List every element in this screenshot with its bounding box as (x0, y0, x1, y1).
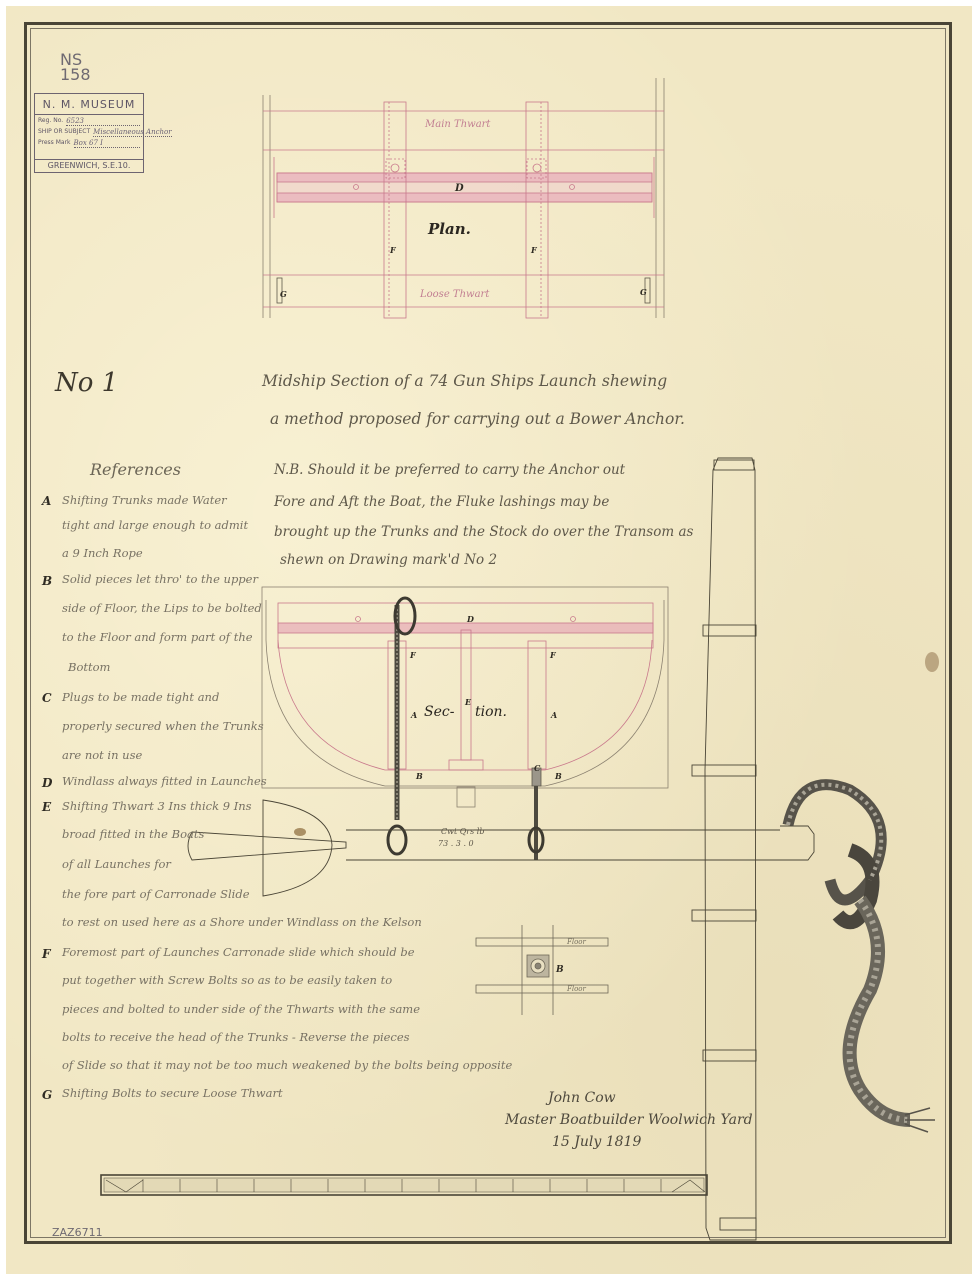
plan-label-d: D (454, 183, 464, 194)
plan-title: Plan. (427, 220, 471, 238)
ref-text: Foremost part of Launches Carronade slid… (62, 945, 415, 959)
section-title-part-a: Sec- (424, 704, 455, 720)
ref-letter-c: C (42, 691, 52, 705)
ink-stain (294, 828, 306, 836)
ref-text: the fore part of Carronade Slide (62, 887, 250, 901)
ref-text: side of Floor, the Lips to be bolted (62, 601, 262, 615)
ref-text: are not in use (62, 748, 142, 762)
ref-letter-g: G (42, 1088, 52, 1102)
plan-label-g-right: G (640, 287, 647, 297)
ref-text: of all Launches for (62, 857, 171, 871)
plan-view (263, 78, 664, 318)
ref-text: Plugs to be made tight and (62, 690, 219, 704)
plug-detail (476, 925, 608, 1015)
ref-text: to the Floor and form part of the (62, 630, 253, 644)
section-title-part-b: tion. (475, 704, 507, 720)
ref-text: put together with Screw Bolts so as to b… (62, 973, 392, 987)
note-line: Fore and Aft the Boat, the Fluke lashing… (274, 494, 609, 510)
ref-text: a 9 Inch Rope (62, 546, 143, 560)
ref-text: Shifting Bolts to secure Loose Thwart (62, 1086, 283, 1100)
section-label-e: E (464, 697, 472, 707)
detail-label-b: B (555, 965, 564, 975)
ref-text: Shifting Trunks made Water (62, 493, 227, 507)
references-heading: References (90, 460, 181, 479)
ref-text: Shifting Thwart 3 Ins thick 9 Ins (62, 799, 252, 813)
ref-text: broad fitted in the Boats (62, 827, 204, 841)
section-label-c: C (534, 763, 541, 773)
note-line: N.B. Should it be preferred to carry the… (274, 462, 625, 478)
ref-text: bolts to receive the head of the Trunks … (62, 1030, 410, 1044)
signature-date: 15 July 1819 (552, 1134, 641, 1150)
note-line: shewn on Drawing mark'd No 2 (280, 552, 497, 568)
section-label-f-left: F (409, 650, 417, 660)
ref-text: tight and large enough to admit (62, 518, 248, 532)
ref-text: Solid pieces let thro' to the upper (62, 572, 258, 586)
signature-title: Master Boatbuilder Woolwich Yard (505, 1112, 753, 1128)
plan-label-f-left: F (389, 245, 397, 255)
drawing-number: No 1 (55, 368, 118, 398)
section-label-d: D (466, 614, 474, 624)
heading-line-2: a method proposed for carrying out a Bow… (270, 410, 685, 428)
heading-line-1: Midship Section of a 74 Gun Ships Launch… (262, 372, 667, 390)
ref-text: Windlass always fitted in Launches (62, 774, 267, 788)
detail-floor-bottom: Floor (566, 985, 587, 993)
ref-letter-d: D (42, 776, 52, 790)
ref-letter-e: E (42, 800, 51, 814)
cable-rope (788, 785, 935, 1132)
main-thwart-label: Main Thwart (424, 119, 491, 130)
ref-text: to rest on used here as a Shore under Wi… (62, 915, 422, 929)
ref-text: properly secured when the Trunks (62, 719, 264, 733)
section-label-a-right: A (550, 710, 557, 720)
note-line: brought up the Trunks and the Stock do o… (274, 524, 693, 540)
paper-stain (925, 652, 939, 672)
ref-text: pieces and bolted to under side of the T… (62, 1002, 420, 1016)
plan-label-f-right: F (530, 245, 538, 255)
signature-name: John Cow (548, 1090, 616, 1106)
section-label-b-right: B (554, 771, 562, 781)
scale-bar (101, 1175, 707, 1195)
section-label-f-right: F (549, 650, 557, 660)
ref-letter-f: F (42, 947, 51, 961)
section-label-b-left: B (415, 771, 423, 781)
ref-letter-b: B (42, 574, 52, 588)
plan-labels: Main Thwart Loose Thwart (419, 119, 491, 300)
section-ropes (388, 598, 543, 860)
ref-text: Bottom (68, 660, 110, 674)
loose-thwart-label: Loose Thwart (419, 289, 490, 300)
anchor-weight-label: Cwt Qrs lb (441, 827, 484, 836)
plan-label-g-left: G (280, 289, 287, 299)
ref-letter-a: A (42, 494, 51, 508)
section-label-a-left: A (410, 710, 417, 720)
anchor-weight-value: 73 . 3 . 0 (438, 839, 474, 848)
detail-floor-top: Floor (566, 938, 587, 946)
ref-text: of Slide so that it may not be too much … (62, 1058, 512, 1072)
